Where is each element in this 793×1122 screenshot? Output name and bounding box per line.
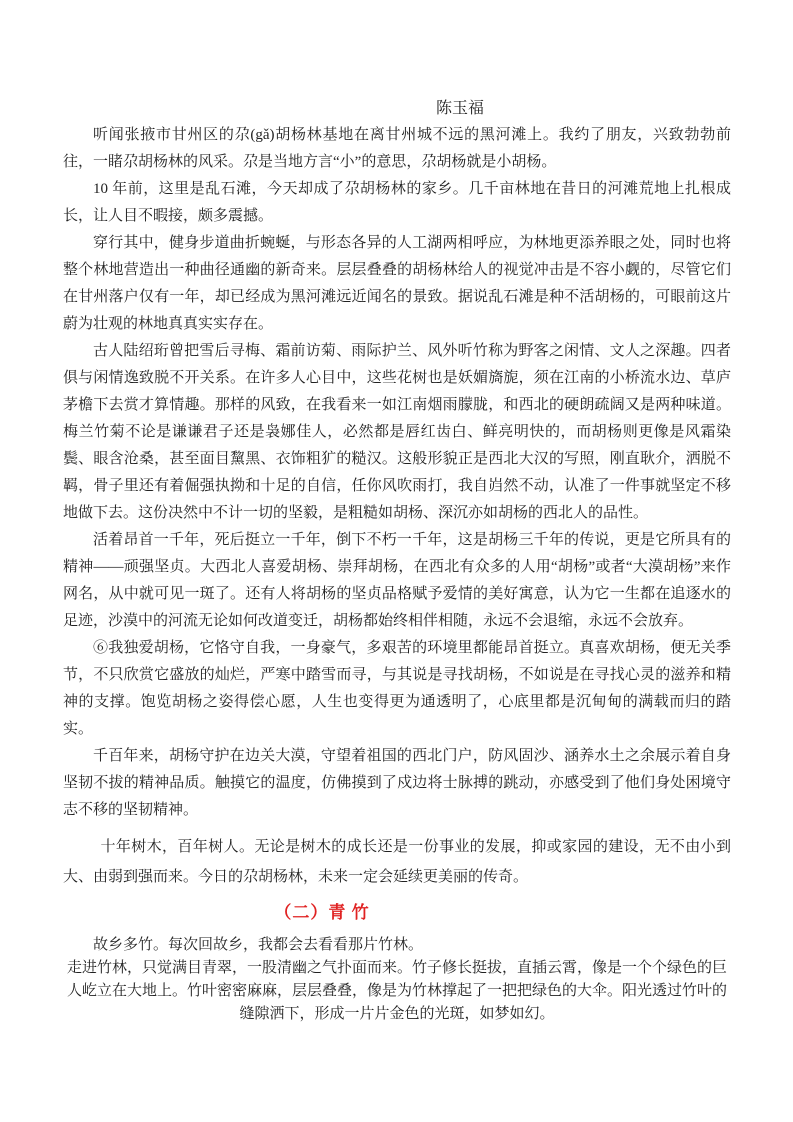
- paragraph-2: 10 年前，这里是乱石滩，今天却成了尕胡杨林的家乡。几千亩林地在昔日的河滩荒地上…: [63, 176, 731, 230]
- paragraph-6: ⑥我独爱胡杨，它恪守自我，一身豪气，多艰苦的环境里都能昂首挺立。真喜欢胡杨，便无…: [63, 635, 731, 743]
- paragraph-7: 千百年来，胡杨守护在边关大漠，守望着祖国的西北门户，防风固沙、涵养水土之余展示着…: [63, 743, 731, 824]
- document-page: 陈玉福 听闻张掖市甘州区的尕(gǎ)胡杨林基地在离甘州城不远的黑河滩上。我约了朋…: [0, 0, 793, 1122]
- paragraph-3: 穿行其中，健身步道曲折蜿蜒，与形态各异的人工湖两相呼应，为林地更添养眼之处，同时…: [63, 230, 731, 338]
- section-heading-qing-zhu: （二）青 竹: [63, 900, 731, 926]
- author-name: 陈玉福: [63, 96, 731, 122]
- paragraph-4: 古人陆绍珩曾把雪后寻梅、霜前访菊、雨际护兰、风外听竹称为野客之闲情、文人之深趣。…: [63, 338, 731, 527]
- section2-paragraph-1: 故乡多竹。每次回故乡，我都会去看看那片竹林。: [63, 934, 731, 957]
- paragraph-5: 活着昂首一千年，死后挺立一千年，倒下不朽一千年，这是胡杨三千年的传说，更是它所具…: [63, 527, 731, 635]
- paragraph-8-conclusion: 十年树木，百年树人。无论是树木的成长还是一份事业的发展，抑或家园的建设，无不由小…: [63, 832, 731, 892]
- section2-paragraph-2: 走进竹林，只觉满目青翠，一股清幽之气扑面而来。竹子修长挺拔，直插云霄，像是一个个…: [63, 957, 731, 1026]
- paragraph-1: 听闻张掖市甘州区的尕(gǎ)胡杨林基地在离甘州城不远的黑河滩上。我约了朋友，兴致…: [63, 122, 731, 176]
